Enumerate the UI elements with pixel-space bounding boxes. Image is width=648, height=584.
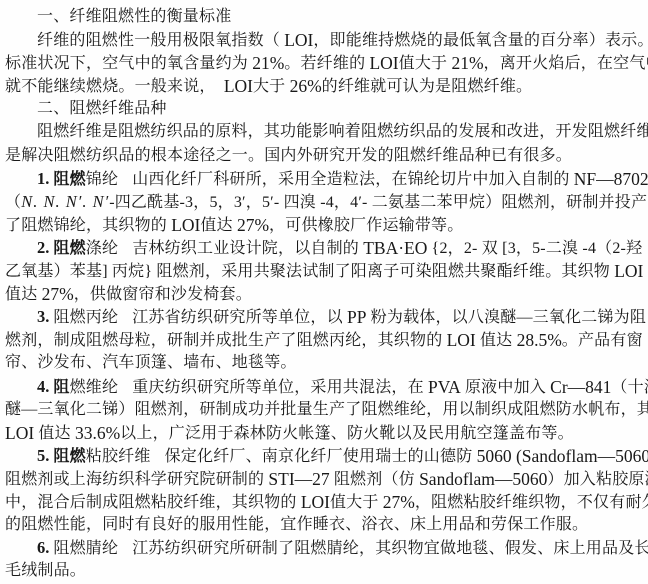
text-line: 二、阻燃纤维品种 <box>5 97 640 120</box>
text-line: LOI 值达 33.6%以上，广泛用于森林防火帐篷、防火靴以及民用航空篷盖布等。 <box>5 421 640 444</box>
item-number: 4. <box>37 377 49 396</box>
text-segment: 江苏纺织研究所研制了阻燃腈纶，其织物宜做地毯、假发、床上用品及长 <box>132 540 648 557</box>
latin-term: LOI <box>5 423 34 443</box>
latin-term: PP <box>347 307 366 327</box>
text-line: 1.阻燃锦纶山西化纤厂科研所，采用全造粒法，在锦纶切片中加入自制的 NF—870… <box>5 167 640 190</box>
text-segment: 乙氧基）苯基] 丙烷} 阻燃剂，采用共聚法试制了阳离子可染阻燃共聚酯纤维。其织物 <box>5 263 614 280</box>
text-segment: 阻燃剂或上海纺织科学研究院研制的 <box>5 471 268 488</box>
text-segment: 值大于 <box>330 494 383 511</box>
item-number: 6. <box>37 538 49 557</box>
text-segment: 阻燃 <box>53 448 85 465</box>
document-page: 一、纤维阻燃性的衡量标准纤维的阻燃性一般用极限氧指数（ LOI，即能维持燃烧的最… <box>0 0 648 584</box>
text-segment: 涤纶 <box>86 240 118 257</box>
text-segment: 阻燃丙纶 <box>53 309 118 326</box>
text-segment: 燃剂，制成阻燃母粒，研制并成批生产了阻燃丙纶，其织物的 <box>5 332 447 349</box>
text-segment: 毛绒制品。 <box>5 562 86 579</box>
text-segment: ，可供橡胶厂作运输带等。 <box>269 217 463 234</box>
text-segment: 标准状况下，空气中的氧含量约为 <box>5 55 252 72</box>
text-segment: 二、阻燃纤维品种 <box>37 100 167 117</box>
item-number: 1. <box>37 169 49 188</box>
text-segment: 的阻燃性能，同时有良好的服用性能，宜作睡衣、浴衣、床上用品和劳保工作服。 <box>5 516 588 533</box>
text-segment: ）加入粘胶原液 <box>547 471 648 488</box>
text-segment: 值达 <box>34 425 75 442</box>
text-segment: 阻 <box>53 379 69 396</box>
text-segment: 锦纶 <box>86 171 118 188</box>
latin-term: LOI <box>369 53 398 73</box>
text-segment: 值大于 <box>399 55 452 72</box>
text-segment: 阻燃 <box>53 171 85 188</box>
text-segment: 。产品有窗 <box>562 332 643 349</box>
latin-term: LOI <box>171 215 200 235</box>
text-line: 就不能继续燃烧。一般来说， LOI大于 26%的纤维就可认为是阻燃纤维。 <box>5 74 640 97</box>
text-segment: 帘、沙发布、汽车顶篷、墙布、地毯等。 <box>5 354 297 371</box>
text-segment: 一、纤维阻燃性的衡量标准 <box>37 8 231 25</box>
latin-term: Cr—841 <box>550 377 611 397</box>
text-line: 中，混合后制成阻燃粘胶纤维，其织物的 LOI值大于 27%，阻燃粘胶纤维织物，不… <box>5 490 640 513</box>
text-segment: 吉林纺织工业设计院，以自制的 <box>132 240 363 257</box>
text-line: 了阻燃锦纶，其织物的 LOI值达 27%，可供橡胶厂作运输带等。 <box>5 213 640 236</box>
text-segment: 值达 <box>200 217 237 234</box>
text-line: 阻燃剂或上海纺织科学研究院研制的 STI—27 阻燃剂（仿 Sandoflam—… <box>5 467 640 490</box>
text-line: 4.阻燃维纶重庆纺织研究所等单位，采用共混法，在 PVA 原液中加入 Cr—84… <box>5 375 640 398</box>
latin-term: 26% <box>290 76 322 96</box>
text-segment: 江苏省纺织研究所等单位，以 <box>132 309 347 326</box>
latin-term: STI—27 <box>268 469 329 489</box>
text-line: 5.阻燃粘胶纤维保定化纤厂、南京化纤厂使用瑞士的山德防 5060 (Sandof… <box>5 444 640 467</box>
text-line: 值达 27%，供做窗帘和沙发椅套。 <box>5 282 640 305</box>
text-segment: 是解决阻燃纺织品的根本途径之一。国内外研究开发的阻燃纤维品种已有很多。 <box>5 147 572 164</box>
text-segment: 原液中加入 <box>461 379 550 396</box>
text-segment: 阻燃剂（仿 <box>330 471 419 488</box>
text-segment: 就不能继续燃烧。一般来说， <box>5 78 224 95</box>
text-line: 标准状况下，空气中的氧含量约为 21%。若纤维的 LOI值大于 21%，离开火焰… <box>5 51 640 74</box>
text-line: 阻燃纤维是阻燃纺织品的原料，其功能影响着阻燃纺织品的发展和改进，开发阻燃纤维 <box>5 120 640 143</box>
text-segment: 。若纤维的 <box>284 55 369 72</box>
item-number: 2. <box>37 238 49 257</box>
text-segment: 以上，广泛用于森林防火帐篷、防火靴以及民用航空篷盖布等。 <box>120 425 574 442</box>
text-line: 一、纤维阻燃性的衡量标准 <box>5 5 640 28</box>
text-line: 3.阻燃丙纶江苏省纺织研究所等单位，以 PP 粉为载体，以八溴醚—三氧化二锑为阻 <box>5 305 640 328</box>
latin-term: 33.6% <box>75 423 120 443</box>
text-line: 乙氧基）苯基] 丙烷} 阻燃剂，采用共聚法试制了阳离子可染阻燃共聚酯纤维。其织物… <box>5 259 640 282</box>
text-segment: 重庆纺织研究所等单位，采用共混法，在 <box>132 379 428 396</box>
text-segment: 阻燃 <box>53 240 85 257</box>
text-segment: ，离开火焰后，在空气中 <box>484 55 648 72</box>
chemical-formula: N. N. N′. N′ <box>21 192 109 211</box>
text-segment: ，阻燃粘胶纤维织物，不仅有耐久 <box>415 494 648 511</box>
item-number: 3. <box>37 307 49 326</box>
latin-term: NF—8702 <box>574 169 648 189</box>
text-segment: 值达 <box>476 332 517 349</box>
text-segment: 中，混合后制成阻燃粘胶纤维，其织物的 <box>5 494 301 511</box>
item-number: 5. <box>37 446 49 465</box>
text-segment: 阻燃腈纶 <box>53 540 118 557</box>
text-line: 2.阻燃涤纶吉林纺织工业设计院，以自制的 TBA·EO {2，2- 双 [3，5… <box>5 236 640 259</box>
text-segment: 阻燃纤维是阻燃纺织品的原料，其功能影响着阻燃纺织品的发展和改进，开发阻燃纤维 <box>37 123 648 140</box>
text-segment: 值达 <box>5 286 42 303</box>
latin-term: LOI <box>284 30 313 50</box>
latin-term: 21% <box>252 53 284 73</box>
text-line: 是解决阻燃纺织品的根本途径之一。国内外研究开发的阻燃纤维品种已有很多。 <box>5 144 640 167</box>
text-segment: （十溴 <box>611 379 648 396</box>
latin-term: TBA·EO <box>363 238 427 258</box>
text-segment: 了阻燃锦纶，其织物的 <box>5 217 171 234</box>
text-line: 燃剂，制成阻燃母粒，研制并成批生产了阻燃丙纶，其织物的 LOI 值达 28.5%… <box>5 328 640 351</box>
text-line: 帘、沙发布、汽车顶篷、墙布、地毯等。 <box>5 351 640 374</box>
text-segment: 粉为载体，以八溴醚—三氧化二锑为阻 <box>366 309 646 326</box>
latin-term: Sandoflam—5060 <box>419 469 547 489</box>
latin-term: 5060 (Sandoflam—5060) <box>477 446 648 466</box>
text-segment: 的纤维就可认为是阻燃纤维。 <box>322 78 533 95</box>
text-line: 纤维的阻燃性一般用极限氧指数（ LOI，即能维持燃烧的最低氧含量的百分率）表示。 <box>5 28 640 51</box>
latin-term: LOI <box>224 76 253 96</box>
text-line: 6.阻燃腈纶江苏纺织研究所研制了阻燃腈纶，其织物宜做地毯、假发、床上用品及长 <box>5 536 640 559</box>
text-line: （N. N. N′. N′-四乙酰基-3，5，3′，5′- 四溴 -4，4′- … <box>5 190 640 213</box>
latin-term: LOI <box>614 261 643 281</box>
text-segment: 山西化纤厂科研所，采用全造粒法，在锦纶切片中加入自制的 <box>132 171 574 188</box>
text-segment: -四乙酰基-3，5，3′，5′- 四溴 -4，4′- 二氨基二苯甲烷）阻燃剂，研… <box>109 194 647 211</box>
latin-term: 27% <box>42 284 74 304</box>
latin-term: PVA <box>428 377 461 397</box>
text-segment: 燃维纶 <box>70 379 119 396</box>
text-line: 的阻燃性能，同时有良好的服用性能，宜作睡衣、浴衣、床上用品和劳保工作服。 <box>5 513 640 536</box>
text-segment: 大于 <box>253 78 290 95</box>
latin-term: LOI <box>301 492 330 512</box>
text-segment: （ <box>5 194 21 211</box>
text-line: 醚—三氧化二锑）阻燃剂，研制成功并批量生产了阻燃维纶，用以制织成阻燃防水帆布，其 <box>5 398 640 421</box>
text-segment: ，即能维持燃烧的最低氧含量的百分率）表示。 <box>313 32 648 49</box>
latin-term: LOI <box>447 330 476 350</box>
text-segment: 保定化纤厂、南京化纤厂使用瑞士的山德防 <box>165 448 477 465</box>
latin-term: 21% <box>451 53 483 73</box>
text-segment: 醚—三氧化二锑）阻燃剂，研制成功并批量生产了阻燃维纶，用以制织成阻燃防水帆布，其 <box>5 401 648 418</box>
text-segment: 粘胶纤维 <box>86 448 151 465</box>
latin-term: 27% <box>237 215 269 235</box>
text-segment: {2，2- 双 [3，5-二溴 -4（2-羟 <box>427 240 642 257</box>
text-segment: 纤维的阻燃性一般用极限氧指数（ <box>37 32 284 49</box>
text-segment: ，供做窗帘和沙发椅套。 <box>74 286 252 303</box>
latin-term: 28.5% <box>517 330 562 350</box>
text-line: 毛绒制品。 <box>5 559 640 582</box>
latin-term: 27% <box>383 492 415 512</box>
